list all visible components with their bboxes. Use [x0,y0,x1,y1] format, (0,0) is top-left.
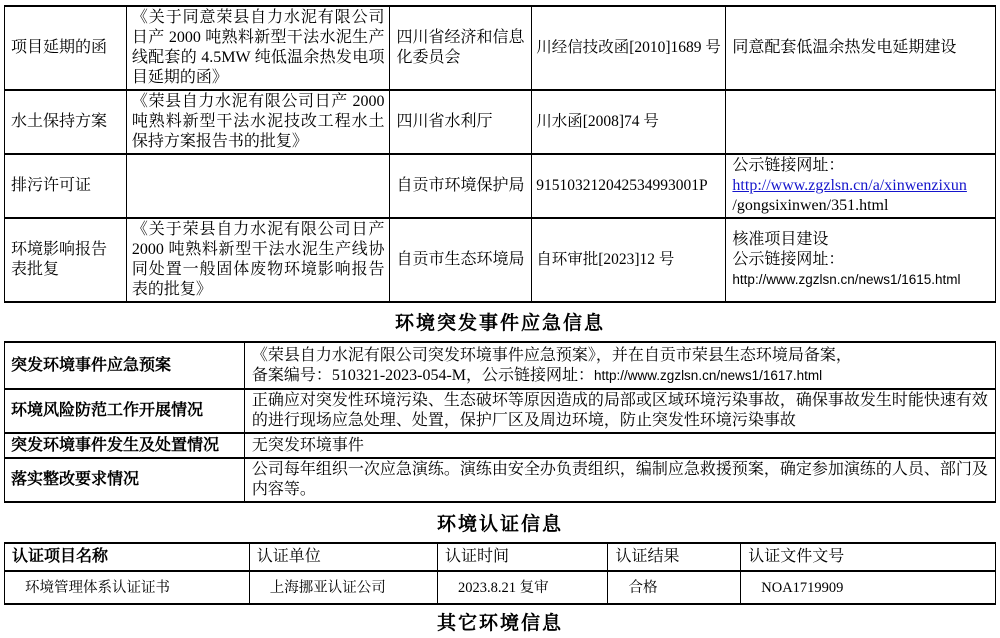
section-title-other: 其它环境信息 [4,613,996,635]
permit-document-cell [126,154,390,218]
table-row: 突发环境事件发生及处置情况 无突发环境事件 [5,433,996,458]
permit-name-cell: 排污许可证 [5,154,127,218]
cert-header-agency: 认证单位 [249,543,437,571]
note-cell: 同意配套低温余热发电延期建设 [726,6,996,90]
note-cell [726,90,996,154]
emergency-table: 突发环境事件应急预案 《荣县自力水泥有限公司突发环境事件应急预案》，并在自贡市荣… [4,341,996,503]
cert-header-doc-no: 认证文件文号 [741,543,996,571]
cert-agency-cell: 上海挪亚认证公司 [249,571,437,604]
permit-name-cell: 环境影响报告表批复 [5,218,127,302]
table-header-row: 认证项目名称 认证单位 认证时间 认证结果 认证文件文号 [5,543,996,571]
authority-cell: 四川省经济和信息化委员会 [390,6,532,90]
table-row: 突发环境事件应急预案 《荣县自力水泥有限公司突发环境事件应急预案》，并在自贡市荣… [5,342,996,389]
emergency-label-cell: 环境风险防范工作开展情况 [5,389,245,433]
table-row: 环境管理体系认证证书 上海挪亚认证公司 2023.8.21 复审 合格 NOA1… [5,571,996,604]
permits-table: 项目延期的函 《关于同意荣县自力水泥有限公司日产 2000 吨熟料新型干法水泥生… [4,5,996,303]
note-cell: 公示链接网址： http://www.zgzlsn.cn/a/xinwenzix… [726,154,996,218]
table-row: 环境影响报告表批复 《关于荣县自力水泥有限公司日产 2000 吨熟料新型干法水泥… [5,218,996,302]
authority-cell: 自贡市环境保护局 [390,154,532,218]
plan-url-text: http://www.zgzlsn.cn/news1/1617.html [594,368,822,383]
emergency-value-cell: 《荣县自力水泥有限公司突发环境事件应急预案》，并在自贡市荣县生态环境局备案， 备… [244,342,995,389]
certification-table: 认证项目名称 认证单位 认证时间 认证结果 认证文件文号 环境管理体系认证证书 … [4,542,996,605]
emergency-value-cell: 无突发环境事件 [244,433,995,458]
table-row: 项目延期的函 《关于同意荣县自力水泥有限公司日产 2000 吨熟料新型干法水泥生… [5,6,996,90]
note-label: 公示链接网址： [732,156,989,176]
permit-document-cell: 《关于荣县自力水泥有限公司日产 2000 吨熟料新型干法水泥生产线协同处置一般固… [126,218,390,302]
note-line: 核准项目建设 [732,230,989,250]
doc-number-cell: 川水函[2008]74 号 [532,90,726,154]
table-row: 排污许可证 自贡市环境保护局 915103212042534993001P 公示… [5,154,996,218]
doc-number-cell: 川经信技改函[2010]1689 号 [532,6,726,90]
permit-document-cell: 《荣县自力水泥有限公司日产 2000 吨熟料新型干法水泥技改工程水土保持方案报告… [126,90,390,154]
authority-cell: 四川省水利厅 [390,90,532,154]
cert-header-time: 认证时间 [438,543,608,571]
link-tail-text: /gongsixinwen/351.html [732,196,989,216]
note-url-text: http://www.zgzlsn.cn/news1/1615.html [732,270,989,290]
doc-number-cell: 915103212042534993001P [532,154,726,218]
value-line: 《荣县自力水泥有限公司突发环境事件应急预案》，并在自贡市荣县生态环境局备案， [252,346,989,366]
table-row: 落实整改要求情况 公司每年组织一次应急演练。演练由安全办负责组织，编制应急救援预… [5,458,996,502]
authority-cell: 自贡市生态环境局 [390,218,532,302]
document-page: 项目延期的函 《关于同意荣县自力水泥有限公司日产 2000 吨熟料新型干法水泥生… [0,0,1000,638]
table-row: 环境风险防范工作开展情况 正确应对突发性环境污染、生态破坏等原因造成的局部或区域… [5,389,996,433]
doc-number-cell: 自环审批[2023]12 号 [532,218,726,302]
emergency-label-cell: 突发环境事件发生及处置情况 [5,433,245,458]
value-line-prefix: 备案编号：510321-2023-054-M，公示链接网址： [252,367,594,384]
table-row: 水土保持方案 《荣县自力水泥有限公司日产 2000 吨熟料新型干法水泥技改工程水… [5,90,996,154]
section-title-certification: 环境认证信息 [4,512,996,538]
cert-time-cell: 2023.8.21 复审 [438,571,608,604]
cert-header-project: 认证项目名称 [5,543,250,571]
permit-name-cell: 水土保持方案 [5,90,127,154]
value-line: 备案编号：510321-2023-054-M，公示链接网址：http://www… [252,366,989,386]
emergency-value-cell: 正确应对突发性环境污染、生态破坏等原因造成的局部或区域环境污染事故，确保事故发生… [244,389,995,433]
cert-doc-no-cell: NOA1719909 [741,571,996,604]
cert-result-cell: 合格 [608,571,741,604]
permit-name-cell: 项目延期的函 [5,6,127,90]
public-notice-link[interactable]: http://www.zgzlsn.cn/a/xinwenzixun [732,176,966,196]
cert-header-result: 认证结果 [608,543,741,571]
emergency-label-cell: 突发环境事件应急预案 [5,342,245,389]
emergency-value-cell: 公司每年组织一次应急演练。演练由安全办负责组织，编制应急救援预案，确定参加演练的… [244,458,995,502]
permit-document-cell: 《关于同意荣县自力水泥有限公司日产 2000 吨熟料新型干法水泥生产线配套的 4… [126,6,390,90]
note-cell: 核准项目建设 公示链接网址： http://www.zgzlsn.cn/news… [726,218,996,302]
emergency-label-cell: 落实整改要求情况 [5,458,245,502]
section-title-emergency: 环境突发事件应急信息 [4,311,996,337]
cert-project-cell: 环境管理体系认证证书 [5,571,250,604]
note-label: 公示链接网址： [732,250,989,270]
